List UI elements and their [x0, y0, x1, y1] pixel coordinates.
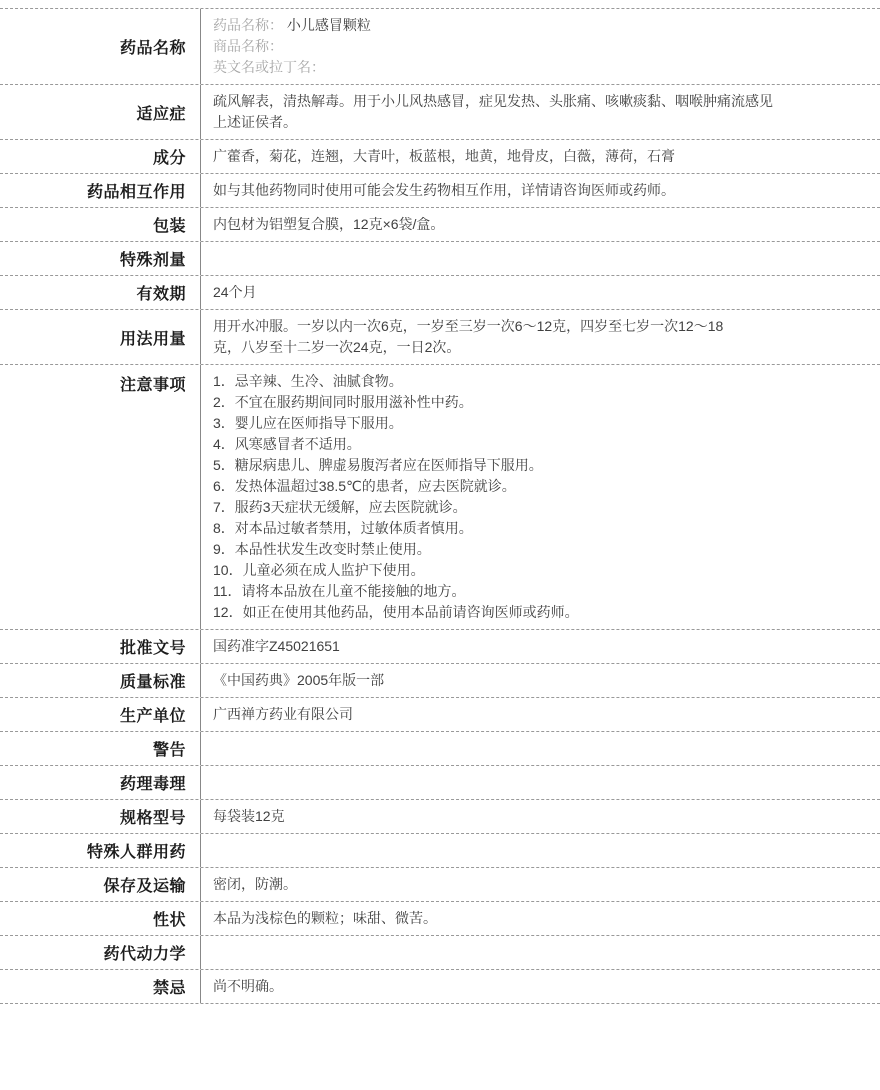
shelf-life-line: 24个月	[213, 282, 870, 303]
row-contraindications-label: 禁忌	[0, 970, 201, 1003]
row-shelf-life-label: 有效期	[0, 276, 201, 309]
approval-number-line: 国药准字Z45021651	[213, 636, 870, 657]
row-drug-name-label: 药品名称	[0, 9, 201, 84]
row-manufacturer-label: 生产单位	[0, 698, 201, 731]
precaution-item: 9．本品性状发生改变时禁止使用。	[213, 539, 870, 560]
precaution-item: 6．发热体温超过38.5℃的患者，应去医院就诊。	[213, 476, 870, 497]
row-special-population-value	[201, 834, 880, 867]
row-pharmacokinetics-value	[201, 936, 880, 969]
row-drug-interactions-value: 如与其他药物同时使用可能会发生药物相互作用，详情请咨询医师或药师。	[201, 174, 880, 207]
specification-line: 每袋装12克	[213, 806, 870, 827]
row-pharmacology-toxicology-label: 药理毒理	[0, 766, 201, 799]
dosage-usage-line: 克，八岁至十二岁一次24克，一日2次。	[213, 337, 870, 358]
row-storage-transport-value: 密闭，防潮。	[201, 868, 880, 901]
ingredients-line: 广藿香，菊花，连翘，大青叶，板蓝根，地黄，地骨皮，白薇，薄荷，石膏	[213, 146, 870, 167]
description-line: 本品为浅棕色的颗粒；味甜、微苦。	[213, 908, 870, 929]
manufacturer-line: 广西禅方药业有限公司	[213, 704, 870, 725]
row-pharmacology-toxicology: 药理毒理	[0, 765, 880, 799]
drug-name-field: 药品名称： 小儿感冒颗粒	[213, 15, 870, 36]
row-warning-value	[201, 732, 880, 765]
row-warning: 警告	[0, 731, 880, 765]
row-manufacturer-value: 广西禅方药业有限公司	[201, 698, 880, 731]
row-shelf-life-value: 24个月	[201, 276, 880, 309]
english-name-key: 英文名或拉丁名：	[213, 59, 325, 75]
trade-name-key: 商品名称：	[213, 38, 283, 54]
row-indications: 适应症 疏风解表，清热解毒。用于小儿风热感冒，症见发热、头胀痛、咳嗽痰黏、咽喉肿…	[0, 84, 880, 139]
english-name-field: 英文名或拉丁名：	[213, 57, 870, 78]
row-special-population: 特殊人群用药	[0, 833, 880, 867]
row-specification-label: 规格型号	[0, 800, 201, 833]
row-shelf-life: 有效期 24个月	[0, 275, 880, 309]
row-drug-name-value: 药品名称： 小儿感冒颗粒 商品名称： 英文名或拉丁名：	[201, 9, 880, 84]
row-packaging-label: 包装	[0, 208, 201, 241]
row-special-dosage-label: 特殊剂量	[0, 242, 201, 275]
row-precautions-value: 1．忌辛辣、生冷、油腻食物。 2．不宜在服药期间同时服用滋补性中药。 3．婴儿应…	[201, 365, 880, 629]
row-warning-label: 警告	[0, 732, 201, 765]
row-ingredients: 成分 广藿香，菊花，连翘，大青叶，板蓝根，地黄，地骨皮，白薇，薄荷，石膏	[0, 139, 880, 173]
precaution-item: 3．婴儿应在医师指导下服用。	[213, 413, 870, 434]
precaution-item: 2．不宜在服药期间同时服用滋补性中药。	[213, 392, 870, 413]
row-drug-interactions-label: 药品相互作用	[0, 174, 201, 207]
drug-info-table: 药品名称 药品名称： 小儿感冒颗粒 商品名称： 英文名或拉丁名： 适应症 疏风解…	[0, 8, 880, 1004]
row-description: 性状 本品为浅棕色的颗粒；味甜、微苦。	[0, 901, 880, 935]
row-indications-value: 疏风解表，清热解毒。用于小儿风热感冒，症见发热、头胀痛、咳嗽痰黏、咽喉肿痛流感见…	[201, 85, 880, 139]
row-packaging-value: 内包材为铝塑复合膜，12克×6袋/盒。	[201, 208, 880, 241]
precaution-item: 5．糖尿病患儿、脾虚易腹泻者应在医师指导下服用。	[213, 455, 870, 476]
row-dosage-usage-value: 用开水冲服。一岁以内一次6克，一岁至三岁一次6～12克，四岁至七岁一次12～18…	[201, 310, 880, 364]
row-precautions-label: 注意事项	[0, 365, 201, 629]
indications-line: 疏风解表，清热解毒。用于小儿风热感冒，症见发热、头胀痛、咳嗽痰黏、咽喉肿痛流感见	[213, 91, 870, 112]
row-pharmacology-toxicology-value	[201, 766, 880, 799]
row-specification: 规格型号 每袋装12克	[0, 799, 880, 833]
precaution-item: 10．儿童必须在成人监护下使用。	[213, 560, 870, 581]
row-storage-transport: 保存及运输 密闭，防潮。	[0, 867, 880, 901]
row-ingredients-label: 成分	[0, 140, 201, 173]
row-contraindications-value: 尚不明确。	[201, 970, 880, 1003]
precaution-item: 1．忌辛辣、生冷、油腻食物。	[213, 371, 870, 392]
trade-name-field: 商品名称：	[213, 36, 870, 57]
drug-name-key: 药品名称：	[213, 17, 283, 33]
row-contraindications: 禁忌 尚不明确。	[0, 969, 880, 1004]
row-quality-standard-value: 《中国药典》2005年版一部	[201, 664, 880, 697]
row-pharmacokinetics-label: 药代动力学	[0, 936, 201, 969]
precaution-item: 4．风寒感冒者不适用。	[213, 434, 870, 455]
row-special-dosage: 特殊剂量	[0, 241, 880, 275]
drug-interactions-line: 如与其他药物同时使用可能会发生药物相互作用，详情请咨询医师或药师。	[213, 180, 870, 201]
contraindications-line: 尚不明确。	[213, 976, 870, 997]
row-ingredients-value: 广藿香，菊花，连翘，大青叶，板蓝根，地黄，地骨皮，白薇，薄荷，石膏	[201, 140, 880, 173]
row-specification-value: 每袋装12克	[201, 800, 880, 833]
row-dosage-usage: 用法用量 用开水冲服。一岁以内一次6克，一岁至三岁一次6～12克，四岁至七岁一次…	[0, 309, 880, 364]
row-drug-interactions: 药品相互作用 如与其他药物同时使用可能会发生药物相互作用，详情请咨询医师或药师。	[0, 173, 880, 207]
indications-line: 上述证侯者。	[213, 112, 870, 133]
quality-standard-line: 《中国药典》2005年版一部	[213, 670, 870, 691]
row-storage-transport-label: 保存及运输	[0, 868, 201, 901]
precaution-item: 8．对本品过敏者禁用，过敏体质者慎用。	[213, 518, 870, 539]
row-manufacturer: 生产单位 广西禅方药业有限公司	[0, 697, 880, 731]
row-special-dosage-value	[201, 242, 880, 275]
row-precautions: 注意事项 1．忌辛辣、生冷、油腻食物。 2．不宜在服药期间同时服用滋补性中药。 …	[0, 364, 880, 629]
drug-name-value: 小儿感冒颗粒	[287, 17, 371, 33]
row-indications-label: 适应症	[0, 85, 201, 139]
row-pharmacokinetics: 药代动力学	[0, 935, 880, 969]
storage-transport-line: 密闭，防潮。	[213, 874, 870, 895]
row-description-value: 本品为浅棕色的颗粒；味甜、微苦。	[201, 902, 880, 935]
row-approval-number-label: 批准文号	[0, 630, 201, 663]
row-drug-name: 药品名称 药品名称： 小儿感冒颗粒 商品名称： 英文名或拉丁名：	[0, 8, 880, 84]
row-special-population-label: 特殊人群用药	[0, 834, 201, 867]
dosage-usage-line: 用开水冲服。一岁以内一次6克，一岁至三岁一次6～12克，四岁至七岁一次12～18	[213, 316, 870, 337]
precaution-item: 7．服药3天症状无缓解，应去医院就诊。	[213, 497, 870, 518]
row-packaging: 包装 内包材为铝塑复合膜，12克×6袋/盒。	[0, 207, 880, 241]
precaution-item: 11．请将本品放在儿童不能接触的地方。	[213, 581, 870, 602]
row-description-label: 性状	[0, 902, 201, 935]
row-approval-number-value: 国药准字Z45021651	[201, 630, 880, 663]
drug-info-page: 药品名称 药品名称： 小儿感冒颗粒 商品名称： 英文名或拉丁名： 适应症 疏风解…	[0, 0, 880, 1090]
row-approval-number: 批准文号 国药准字Z45021651	[0, 629, 880, 663]
precaution-item: 12．如正在使用其他药品，使用本品前请咨询医师或药师。	[213, 602, 870, 623]
row-quality-standard-label: 质量标准	[0, 664, 201, 697]
row-dosage-usage-label: 用法用量	[0, 310, 201, 364]
packaging-line: 内包材为铝塑复合膜，12克×6袋/盒。	[213, 214, 870, 235]
row-quality-standard: 质量标准 《中国药典》2005年版一部	[0, 663, 880, 697]
